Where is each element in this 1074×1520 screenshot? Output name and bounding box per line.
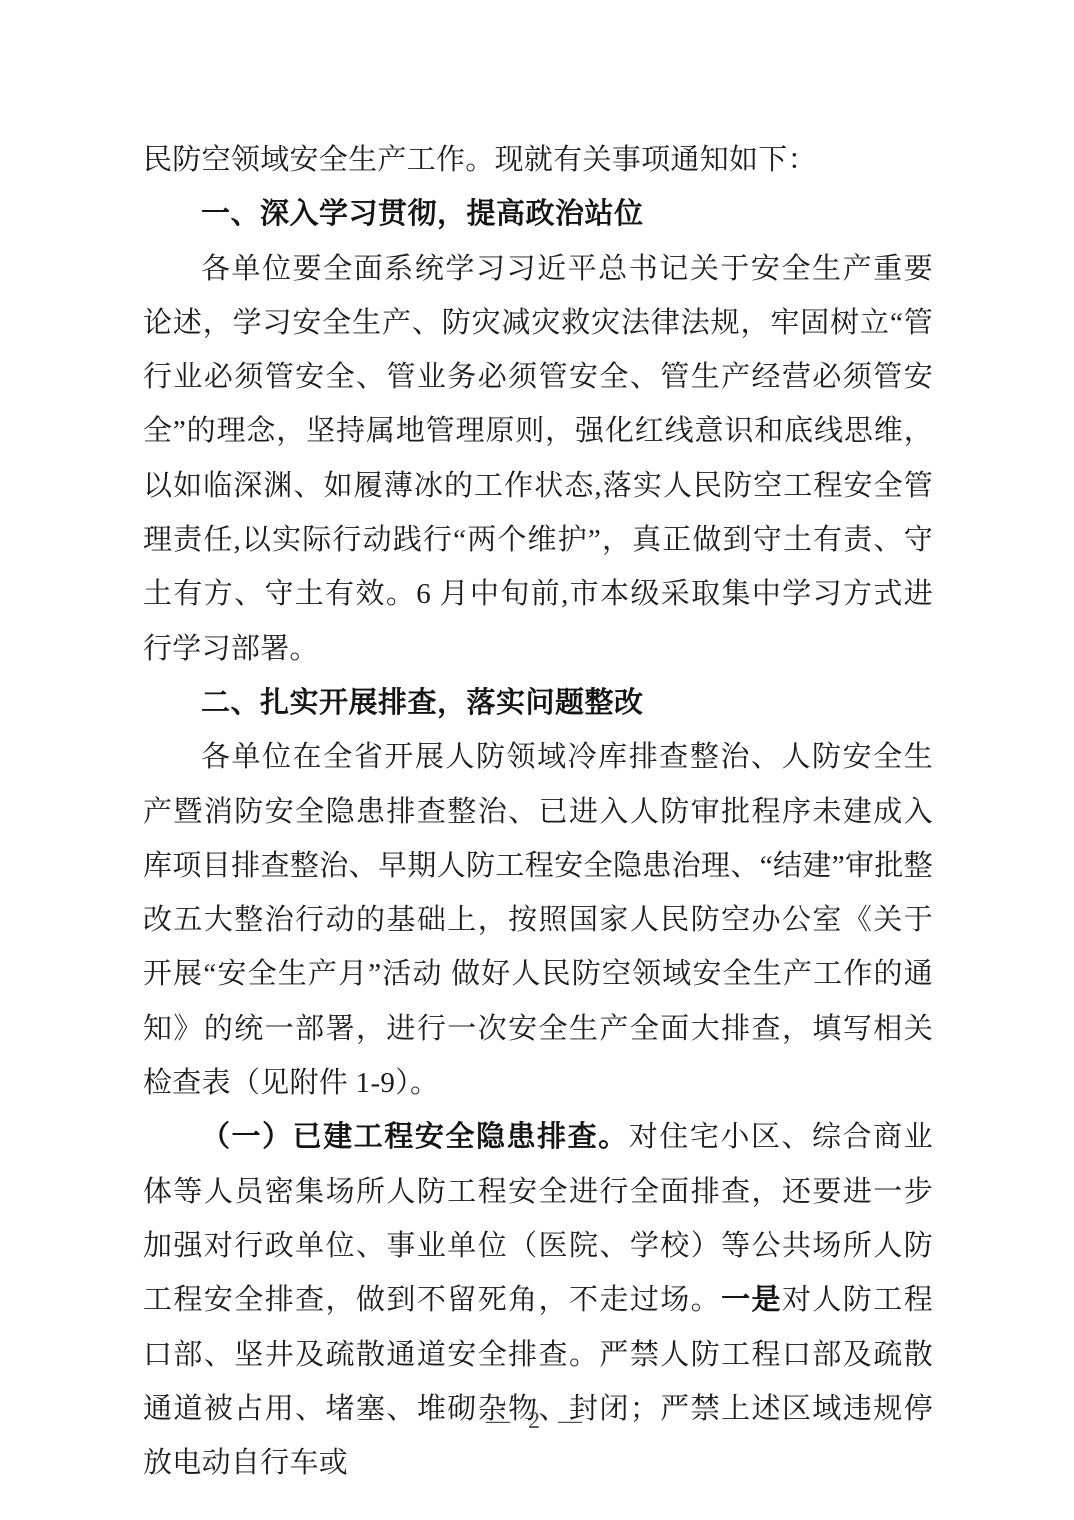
paragraph: 民防空领域安全生产工作。现就有关事项通知如下：: [143, 133, 933, 187]
emphasis-text-segment: 二、扎实开展排查，落实问题整改: [201, 687, 644, 719]
text-segment: 各单位要全面系统学习习近平总书记关于安全生产重要论述，学习安全生产、防灾减灾救灾…: [143, 253, 933, 665]
document-page: 民防空领域安全生产工作。现就有关事项通知如下：一、深入学习贯彻，提高政治站位各单…: [0, 0, 1074, 1520]
text-segment: 民防空领域安全生产工作。现就有关事项通知如下：: [143, 144, 817, 176]
emphasis-text-segment: 一是: [721, 1284, 782, 1316]
document-text-block: 民防空领域安全生产工作。现就有关事项通知如下：一、深入学习贯彻，提高政治站位各单…: [143, 133, 933, 1490]
section-heading: 二、扎实开展排查，落实问题整改: [143, 676, 933, 730]
text-segment: 各单位在全省开展人防领域冷库排查整治、人防安全生产暨消防安全隐患排查整治、已进入…: [143, 741, 933, 1099]
emphasis-text-segment: 一、深入学习贯彻，提高政治站位: [201, 198, 644, 230]
page-footer: — 2 —: [0, 1398, 1074, 1444]
paragraph: 各单位要全面系统学习习近平总书记关于安全生产重要论述，学习安全生产、防灾减灾救灾…: [143, 242, 933, 676]
paragraph: 各单位在全省开展人防领域冷库排查整治、人防安全生产暨消防安全隐患排查整治、已进入…: [143, 730, 933, 1110]
page-number: — 2 —: [486, 1408, 588, 1434]
section-heading: 一、深入学习贯彻，提高政治站位: [143, 187, 933, 241]
emphasis-text-segment: （一）已建工程安全隐患排查。: [201, 1121, 629, 1153]
